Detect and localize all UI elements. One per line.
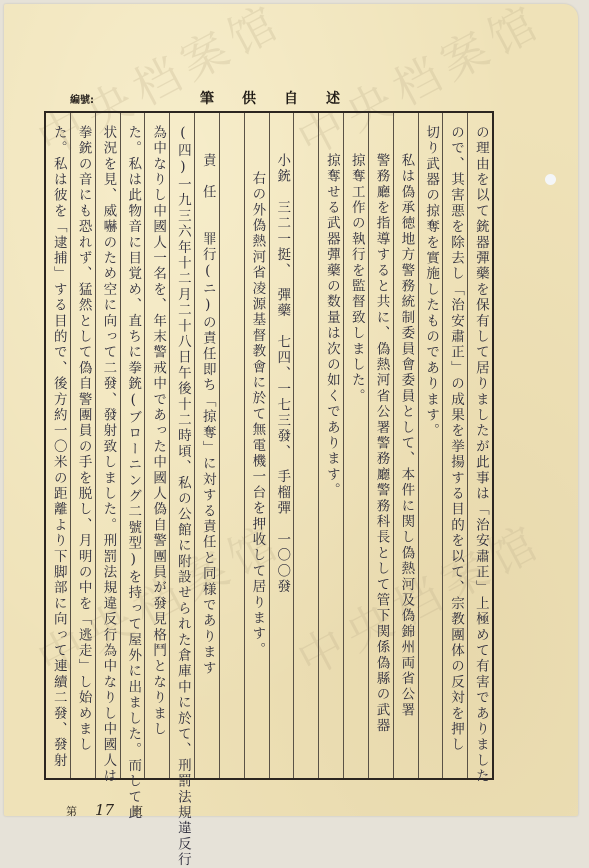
- column-text: 掠奪工作の執行を監督致しました。: [349, 113, 363, 778]
- manuscript-column: の理由を以て銃器彈藥を保有して居りましたが此事は「治安肅正」上極めて有害でありま…: [467, 113, 492, 778]
- page-number: 17: [95, 801, 114, 819]
- manuscript-column: [219, 113, 244, 778]
- manuscript-column: 為中なりし中國人一名を、年末警戒中であった中國人偽自警團員が發見格鬥となりまし: [144, 113, 169, 778]
- column-text: の理由を以て銃器彈藥を保有して居りましたが此事は「治安肅正」上極めて有害でありま…: [473, 113, 487, 778]
- manuscript-column: 切り武器の掠奪を實施したものであります。: [418, 113, 443, 778]
- manuscript-column: 掠奪工作の執行を監督致しました。: [343, 113, 368, 778]
- manuscript-grid: の理由を以て銃器彈藥を保有して居りましたが此事は「治安肅正」上極めて有害でありま…: [44, 111, 494, 780]
- title-char: 自: [284, 88, 298, 108]
- page-prefix: 第: [66, 803, 77, 819]
- column-text: 小銃 三二一挺、 彈藥 七四、一七三發、 手榴彈 一〇〇發: [275, 113, 289, 778]
- manuscript-column: た。私は此物音に目覚め、直ちに拳銃(ブローニング二號型)を持って屋外に出ました。…: [120, 113, 145, 778]
- manuscript-column: 責 任 罪行(ニ)の責任即ち「掠奪」に対する責任と同様であります: [194, 113, 219, 778]
- document-page: 中央档案馆 中央档案馆 中央档案馆 中央档案馆 編號: 筆 供 自 述 の理由を…: [4, 4, 578, 816]
- manuscript-column: 掠奪せる武器彈藥の数量は次の如くであります。: [318, 113, 343, 778]
- manuscript-column: 小銃 三二一挺、 彈藥 七四、一七三發、 手榴彈 一〇〇發: [269, 113, 294, 778]
- title-char: 供: [242, 88, 256, 108]
- manuscript-column: ので、其害悪を除去し「治安肅正」の成果を挙揚する目的を以て、宗教團体の反対を押し: [442, 113, 467, 778]
- column-text: 右の外偽熱河省凌源基督教會に於て無電機一台を押收して居ります。: [250, 113, 264, 778]
- column-text: 掠奪せる武器彈藥の数量は次の如くであります。: [324, 113, 338, 778]
- title-char: 述: [326, 88, 340, 108]
- column-text: 状況を見、威嚇のため空に向って二發、發射致しました。刑罰法規違反行為中なりし中國…: [101, 113, 115, 778]
- manuscript-column: た。私は彼を「逮捕」する目的で、後方約一〇米の距離より下脚部に向って連續二發、發…: [46, 113, 70, 778]
- manuscript-column: 私は偽承徳地方警務統制委員會委員として、本件に関し偽熱河及偽錦州両省公署: [393, 113, 418, 778]
- manuscript-column: 右の外偽熱河省凌源基督教會に於て無電機一台を押收して居ります。: [244, 113, 269, 778]
- document-title: 筆 供 自 述: [200, 88, 340, 108]
- page-footer: 第 17 頁: [66, 801, 143, 819]
- manuscript-column: 警務廳を指導すると共に、偽熱河省公署警務廳警務科長として管下関係偽縣の武器: [368, 113, 393, 778]
- column-text: 切り武器の掠奪を實施したものであります。: [424, 113, 438, 778]
- column-text: 拳銃の音にも恐れず、猛然として偽自警團員の手を脱し、月明の中を「逃走」し始めまし: [76, 113, 90, 778]
- column-text: 私は偽承徳地方警務統制委員會委員として、本件に関し偽熱河及偽錦州両省公署: [399, 113, 413, 778]
- page-suffix: 頁: [132, 803, 143, 819]
- manuscript-column: 状況を見、威嚇のため空に向って二發、發射致しました。刑罰法規違反行為中なりし中國…: [95, 113, 120, 778]
- manuscript-column: (四)一九三六年十二月二十八日午後十二時頃、私の公館に附設せられた倉庫中に於て、…: [169, 113, 194, 778]
- column-text: た。私は此物音に目覚め、直ちに拳銃(ブローニング二號型)を持って屋外に出ました。…: [126, 113, 140, 778]
- column-text: 為中なりし中國人一名を、年末警戒中であった中國人偽自警團員が發見格鬥となりまし: [151, 113, 165, 778]
- column-text: た。私は彼を「逮捕」する目的で、後方約一〇米の距離より下脚部に向って連續二發、發…: [51, 113, 65, 778]
- title-char: 筆: [200, 88, 214, 108]
- column-text: 責 任 罪行(ニ)の責任即ち「掠奪」に対する責任と同様であります: [200, 113, 214, 778]
- punch-hole: [545, 174, 556, 185]
- column-text: (四)一九三六年十二月二十八日午後十二時頃、私の公館に附設せられた倉庫中に於て、…: [175, 113, 189, 778]
- column-text: ので、其害悪を除去し「治安肅正」の成果を挙揚する目的を以て、宗教團体の反対を押し: [449, 113, 463, 778]
- column-text: 警務廳を指導すると共に、偽熱河省公署警務廳警務科長として管下関係偽縣の武器: [374, 113, 388, 778]
- file-number-label: 編號:: [70, 91, 94, 106]
- manuscript-column: 拳銃の音にも恐れず、猛然として偽自警團員の手を脱し、月明の中を「逃走」し始めまし: [70, 113, 95, 778]
- manuscript-column: [293, 113, 318, 778]
